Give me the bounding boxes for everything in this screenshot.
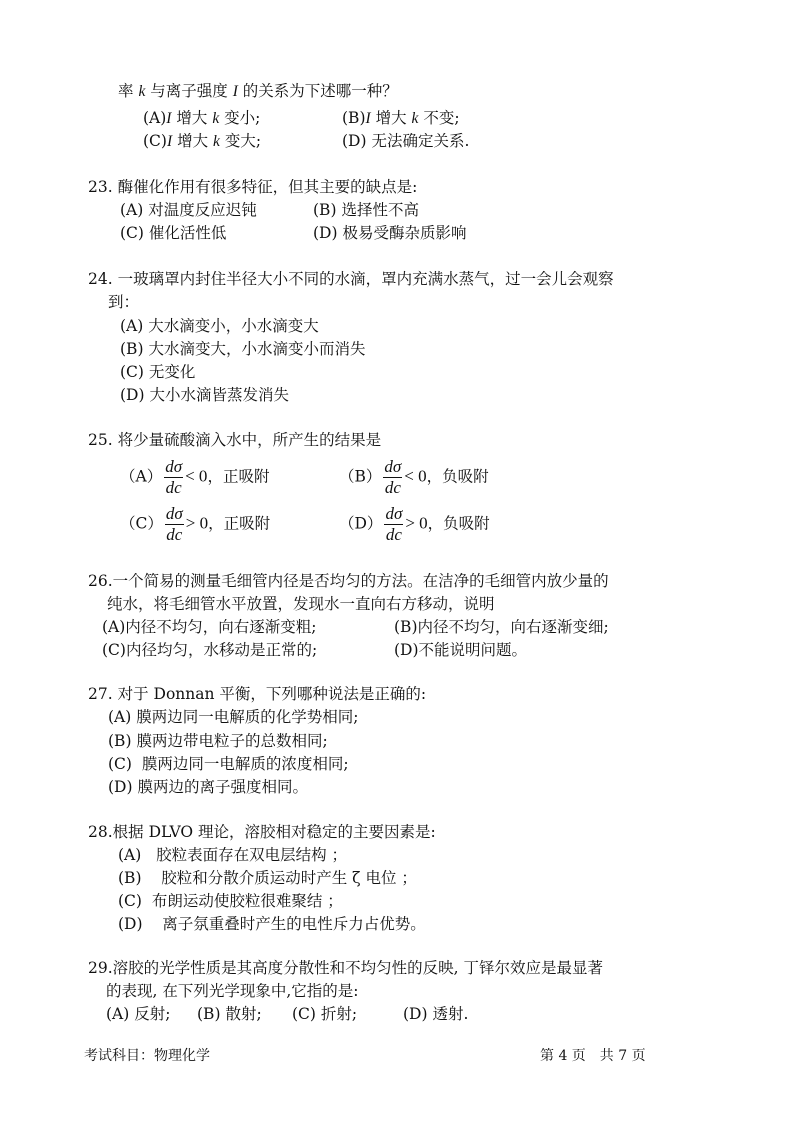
numerator: dσ bbox=[384, 505, 403, 525]
text: 增大 bbox=[371, 109, 412, 127]
question-stem: 根据 DLVO 理论，溶胶相对稳定的主要因素是: bbox=[113, 823, 436, 841]
q23-option-d: (D) 极易受酶杂质影响 bbox=[313, 226, 466, 242]
q24-stem-line2: 到： bbox=[108, 295, 139, 311]
option-text: 内径不均匀，向右逐渐变细; bbox=[418, 618, 609, 636]
question-number: 28. bbox=[88, 823, 113, 841]
denominator: dc bbox=[385, 478, 401, 497]
option-label: (B) bbox=[394, 618, 418, 636]
option-label: （B） bbox=[339, 467, 381, 485]
option-text: 大水滴变小，小水滴变大 bbox=[148, 317, 319, 335]
text: 变大; bbox=[220, 132, 261, 150]
option-label: (D) bbox=[108, 778, 133, 796]
option-label: (A) bbox=[118, 846, 141, 864]
q27-option-b: (B) 膜两边带电粒子的总数相同; bbox=[108, 734, 328, 750]
q24-option-a: (A) 大水滴变小，小水滴变大 bbox=[120, 319, 319, 335]
q22-option-a: (A)I 增大 k 变小; bbox=[143, 111, 260, 127]
option-label: (D) bbox=[403, 1005, 428, 1023]
comparison: > 0 bbox=[186, 513, 208, 532]
option-label: （C） bbox=[120, 514, 163, 532]
option-text: 无变化 bbox=[149, 363, 196, 381]
option-text: 胶粒和分散介质运动时产生 ζ 电位 ； bbox=[161, 869, 417, 887]
q22-option-c: (C)I 增大 k 变大; bbox=[143, 134, 261, 150]
option-text: 大水滴变大，小水滴变小而消失 bbox=[148, 340, 365, 358]
option-label: (D) bbox=[120, 386, 145, 404]
option-label: (D) bbox=[313, 224, 338, 242]
q22-stem-continuation: 率 k 与离子强度 I 的关系为下述哪一种？ bbox=[118, 84, 398, 100]
option-text: 折射; bbox=[321, 1005, 357, 1023]
question-stem: 对于 Donnan 平衡，下列哪种说法是正确的: bbox=[118, 685, 427, 703]
option-text: 大小水滴皆蒸发消失 bbox=[149, 386, 289, 404]
footer-subject: 考试科目：物理化学 bbox=[84, 1049, 210, 1063]
q23-option-b: (B) 选择性不高 bbox=[313, 203, 419, 219]
q27-stem: 27. 对于 Donnan 平衡，下列哪种说法是正确的: bbox=[88, 687, 426, 703]
footer-page-number: 第 4 页 共 7 页 bbox=[540, 1049, 646, 1063]
option-label: (C) bbox=[108, 755, 132, 773]
option-label: (C) bbox=[120, 224, 144, 242]
question-stem: 将少量硫酸滴入水中，所产生的结果是 bbox=[118, 431, 382, 449]
option-text: 胶粒表面存在双电层结构 ； bbox=[156, 846, 347, 864]
option-text: 无法确定关系. bbox=[367, 132, 470, 150]
comparison: < 0 bbox=[404, 466, 426, 485]
denominator: dc bbox=[386, 525, 402, 544]
question-stem: 酶催化作用有很多特征，但其主要的缺点是: bbox=[118, 178, 418, 196]
text: 的关系为下述哪一种？ bbox=[238, 82, 398, 100]
numerator: dσ bbox=[165, 505, 184, 525]
option-text: 膜两边同一电解质的化学势相同; bbox=[136, 708, 358, 726]
option-text: 布朗运动使胶粒很难聚结 ； bbox=[152, 892, 343, 910]
q26-stem: 26.一个简易的测量毛细管内径是否均匀的方法。在洁净的毛细管内放少量的 bbox=[88, 574, 609, 590]
q23-option-c: (C) 催化活性低 bbox=[120, 226, 226, 242]
option-text: 催化活性低 bbox=[149, 224, 227, 242]
option-label: (C) bbox=[143, 132, 167, 150]
numerator: dσ bbox=[164, 458, 183, 478]
option-label: (B) bbox=[313, 201, 337, 219]
option-label: (C) bbox=[120, 363, 144, 381]
q29-stem-line2: 的表现, 在下列光学现象中,它指的是: bbox=[106, 984, 359, 1000]
question-stem: 一个简易的测量毛细管内径是否均匀的方法。在洁净的毛细管内放少量的 bbox=[113, 572, 609, 590]
q29-stem: 29.溶胶的光学性质是其高度分散性和不均匀性的反映, 丁铎尔效应是最显著 bbox=[88, 961, 603, 977]
text: 变小; bbox=[219, 109, 260, 127]
option-text: ，负吸附 bbox=[428, 514, 490, 532]
fraction-dsigma-dc: dσdc bbox=[384, 505, 403, 544]
numerator: dσ bbox=[383, 458, 402, 478]
option-label: （A） bbox=[120, 467, 162, 485]
option-text: 极易受酶杂质影响 bbox=[342, 224, 466, 242]
question-number: 25. bbox=[88, 431, 113, 449]
option-label: (B) bbox=[342, 109, 366, 127]
option-text: 不能说明问题。 bbox=[419, 641, 528, 659]
q24-stem: 24. 一玻璃罩内封住半径大小不同的水滴，罩内充满水蒸气，过一会儿会观察 bbox=[88, 272, 614, 288]
denominator: dc bbox=[166, 525, 182, 544]
text: 不变; bbox=[418, 109, 459, 127]
text: 增大 bbox=[171, 109, 212, 127]
option-label: (D) bbox=[394, 641, 419, 659]
option-label: (A) bbox=[120, 201, 143, 219]
option-label: (C) bbox=[102, 641, 126, 659]
q29-option-a: (A) 反射; bbox=[106, 1007, 170, 1023]
q27-option-d: (D) 膜两边的离子强度相同。 bbox=[108, 780, 308, 796]
var-k: k bbox=[213, 133, 220, 150]
q28-option-d: (D) 离子氛重叠时产生的电性斥力占优势。 bbox=[118, 917, 426, 933]
question-number: 23. bbox=[88, 178, 113, 196]
question-number: 29. bbox=[88, 959, 113, 977]
option-text: 膜两边的离子强度相同。 bbox=[137, 778, 308, 796]
option-text: 膜两边同一电解质的浓度相同; bbox=[142, 755, 349, 773]
comparison: > 0 bbox=[405, 513, 427, 532]
option-text: 对温度反应迟钝 bbox=[148, 201, 257, 219]
option-text: 内径不均匀，向右逐渐变粗; bbox=[125, 618, 316, 636]
option-text: ，正吸附 bbox=[208, 514, 270, 532]
text: 率 bbox=[118, 82, 138, 100]
q25-option-d: （D）dσdc> 0，负吸附 bbox=[339, 505, 490, 544]
question-stem: 溶胶的光学性质是其高度分散性和不均匀性的反映, 丁铎尔效应是最显著 bbox=[113, 959, 603, 977]
question-number: 24. bbox=[88, 270, 113, 288]
fraction-dsigma-dc: dσdc bbox=[165, 505, 184, 544]
q25-option-a: （A）dσdc< 0，正吸附 bbox=[120, 458, 269, 497]
q28-option-c: (C) 布朗运动使胶粒很难聚结 ； bbox=[118, 894, 343, 910]
denominator: dc bbox=[166, 478, 182, 497]
question-number: 26. bbox=[88, 572, 113, 590]
option-text: 内径均匀，水移动是正常的; bbox=[126, 641, 317, 659]
q29-option-b: (B) 散射; bbox=[197, 1007, 262, 1023]
option-label: (A) bbox=[102, 618, 125, 636]
q25-stem: 25. 将少量硫酸滴入水中，所产生的结果是 bbox=[88, 433, 381, 449]
question-stem: 一玻璃罩内封住半径大小不同的水滴，罩内充满水蒸气，过一会儿会观察 bbox=[118, 270, 614, 288]
q23-stem: 23. 酶催化作用有很多特征，但其主要的缺点是: bbox=[88, 180, 417, 196]
comparison: < 0 bbox=[185, 466, 207, 485]
option-label: （D） bbox=[339, 514, 382, 532]
option-label: (A) bbox=[120, 317, 143, 335]
option-label: (B) bbox=[118, 869, 142, 887]
option-label: (B) bbox=[120, 340, 144, 358]
option-label: (B) bbox=[197, 1005, 221, 1023]
q22-option-b: (B)I 增大 k 不变; bbox=[342, 111, 460, 127]
q22-option-d: (D) 无法确定关系. bbox=[342, 134, 469, 150]
option-label: (D) bbox=[342, 132, 367, 150]
q26-option-a: (A)内径不均匀，向右逐渐变粗; bbox=[102, 620, 317, 636]
option-text: 透射. bbox=[432, 1005, 468, 1023]
q23-option-a: (A) 对温度反应迟钝 bbox=[120, 203, 257, 219]
option-label: (A) bbox=[106, 1005, 129, 1023]
q26-stem-line2: 纯水，将毛细管水平放置，发现水一直向右方移动，说明 bbox=[107, 597, 495, 613]
option-text: ，负吸附 bbox=[427, 467, 489, 485]
q28-option-b: (B) 胶粒和分散介质运动时产生 ζ 电位 ； bbox=[118, 871, 417, 887]
fraction-dsigma-dc: dσdc bbox=[383, 458, 402, 497]
q25-option-b: （B）dσdc< 0，负吸附 bbox=[339, 458, 489, 497]
q29-option-d: (D) 透射. bbox=[403, 1007, 468, 1023]
option-label: (B) bbox=[108, 732, 132, 750]
option-text: 选择性不高 bbox=[341, 201, 419, 219]
option-text: ，正吸附 bbox=[207, 467, 269, 485]
option-text: 离子氛重叠时产生的电性斥力占优势。 bbox=[162, 915, 426, 933]
option-label: (A) bbox=[143, 109, 166, 127]
question-number: 27. bbox=[88, 685, 113, 703]
fraction-dsigma-dc: dσdc bbox=[164, 458, 183, 497]
q24-option-c: (C) 无变化 bbox=[120, 365, 195, 381]
option-label: (C) bbox=[292, 1005, 316, 1023]
q26-option-d: (D)不能说明问题。 bbox=[394, 643, 527, 659]
q28-option-a: (A) 胶粒表面存在双电层结构 ； bbox=[118, 848, 347, 864]
q25-option-c: （C）dσdc> 0，正吸附 bbox=[120, 505, 270, 544]
q27-option-c: (C) 膜两边同一电解质的浓度相同; bbox=[108, 757, 349, 773]
option-text: 散射; bbox=[225, 1005, 261, 1023]
q26-option-b: (B)内径不均匀，向右逐渐变细; bbox=[394, 620, 609, 636]
text: 与离子强度 bbox=[145, 82, 232, 100]
text: 增大 bbox=[172, 132, 213, 150]
q29-option-c: (C) 折射; bbox=[292, 1007, 357, 1023]
option-label: (A) bbox=[108, 708, 131, 726]
q27-option-a: (A) 膜两边同一电解质的化学势相同; bbox=[108, 710, 358, 726]
option-label: (C) bbox=[118, 892, 142, 910]
option-text: 反射; bbox=[134, 1005, 170, 1023]
q28-stem: 28.根据 DLVO 理论，溶胶相对稳定的主要因素是: bbox=[88, 825, 436, 841]
q24-option-d: (D) 大小水滴皆蒸发消失 bbox=[120, 388, 289, 404]
q26-option-c: (C)内径均匀，水移动是正常的; bbox=[102, 643, 317, 659]
option-text: 膜两边带电粒子的总数相同; bbox=[136, 732, 327, 750]
q24-option-b: (B) 大水滴变大，小水滴变小而消失 bbox=[120, 342, 365, 358]
option-label: (D) bbox=[118, 915, 143, 933]
